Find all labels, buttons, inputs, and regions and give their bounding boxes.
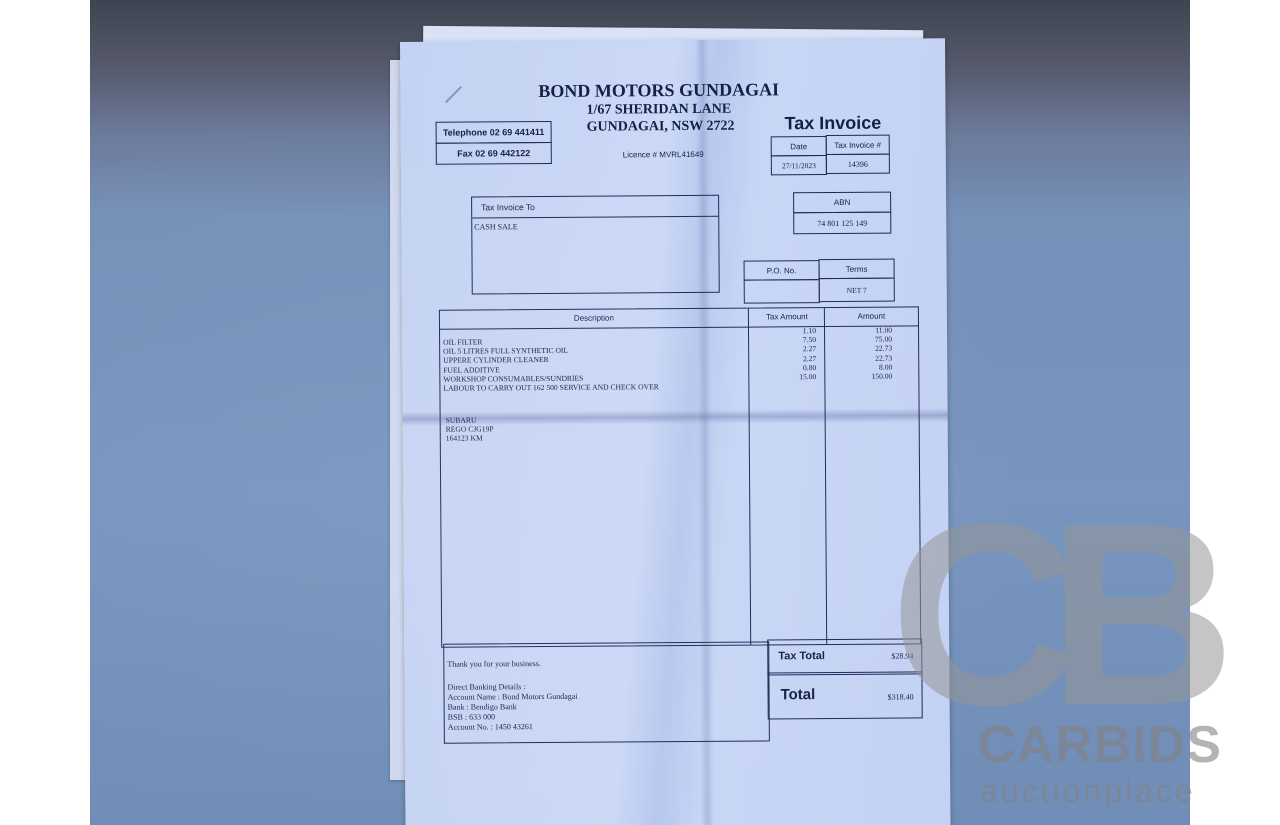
invoice-no-label-cell: Tax Invoice # [826,135,890,155]
thank-you-note: Thank you for your business. [447,659,541,669]
date-label-cell: Date [771,136,827,156]
total-row: Total $318.40 [767,671,922,719]
tax-invoice-document: BOND MOTORS GUNDAGAI 1/67 SHERIDAN LANE … [400,38,951,825]
line-item-description: LABOUR TO CARRY OUT 162 500 SERVICE AND … [443,382,743,393]
date-label: Date [790,142,807,151]
column-header-description: Description [440,309,748,330]
line-item-description: OIL FILTER [443,336,743,347]
vehicle-notes: SUBARUREGO CJG19P164123 KM [446,414,646,443]
amount-column: 11.0075.0022.7322.738.00150.00 [826,326,892,382]
total-label: Total [781,686,816,703]
tax-total-value: $28.94 [891,651,913,660]
tax-amount-column: 1.107.502.272.270.8015.00 [750,326,816,382]
line-item-description: UPPERE CYLINDER CLEANER [443,354,743,365]
licence-number: Licence # MVRL41649 [623,150,704,160]
terms-label: Terms [846,264,868,273]
tax-total-label: Tax Total [778,650,825,662]
company-address-line2: GUNDAGAI, NSW 2722 [587,119,735,136]
line-item-tax: 1.10 [750,326,816,336]
po-label: P.O. No. [767,266,797,275]
paper-stack-edge [390,60,430,780]
column-divider [748,327,751,645]
abn-value-cell: 74 801 125 149 [793,212,891,235]
column-header-tax-amount: Tax Amount [748,308,825,328]
bill-to-label: Tax Invoice To [472,196,718,219]
paper-fold-vertical [695,40,715,825]
line-item-tax: 15.00 [750,372,816,382]
abn-value: 74 801 125 149 [817,218,867,227]
line-item-description: WORKSHOP CONSUMABLES/SUNDRIES [443,372,743,383]
banking-line: Account No. : 1450 43261 [448,722,578,733]
line-item-amount: 8.00 [826,362,892,372]
company-address-line1: 1/67 SHERIDAN LANE [586,102,731,119]
vehicle-note: 164123 KM [446,433,646,444]
staple-mark [445,86,462,103]
line-item-amount: 11.00 [826,326,892,336]
company-name: BOND MOTORS GUNDAGAI [538,79,779,102]
line-item-description: OIL 5 LITRES FULL SYNTHETIC OIL [443,345,743,356]
line-item-amount: 22.73 [826,344,892,354]
vehicle-note: REGO CJG19P [446,423,646,434]
paper-fold-horizontal [403,408,948,426]
document-title: Tax Invoice [785,113,882,135]
line-item-tax: 7.50 [750,335,816,345]
invoice-no-value-cell: 14396 [826,154,890,174]
banking-details: Direct Banking Details :Account Name : B… [447,682,577,733]
line-item-tax: 2.27 [750,345,816,355]
po-label-cell: P.O. No. [744,260,820,281]
description-column: OIL FILTEROIL 5 LITRES FULL SYNTHETIC OI… [443,336,743,393]
total-value: $318.40 [888,692,914,701]
tax-total-row: Tax Total $28.94 [767,638,922,675]
date-value: 27/11/2023 [782,161,816,170]
line-item-amount: 150.00 [826,372,892,382]
bill-to-box: Tax Invoice To CASH SALE [471,195,720,295]
line-items-table: Description Tax Amount Amount OIL FILTER… [439,306,921,647]
invoice-no-value: 14396 [848,159,868,168]
telephone-box: Telephone 02 69 441411 [436,121,552,144]
line-item-tax: 2.27 [750,354,816,364]
po-value-cell [744,279,820,304]
terms-value-cell: NET 7 [819,278,895,303]
line-item-tax: 0.80 [750,363,816,373]
vehicle-note: SUBARU [446,414,646,425]
paper-stack-underneath [417,26,923,770]
telephone-text: Telephone 02 69 441411 [443,127,544,138]
invoice-no-label: Tax Invoice # [834,140,881,149]
column-divider [824,326,827,644]
fax-box: Fax 02 69 442122 [436,142,552,165]
bill-to-value: CASH SALE [472,217,718,236]
line-item-amount: 75.00 [826,335,892,345]
line-item-description: FUEL ADDITIVE [443,363,743,374]
footer-notes-box: Thank you for your business. Direct Bank… [443,641,770,743]
photo-background: BOND MOTORS GUNDAGAI 1/67 SHERIDAN LANE … [90,0,1190,825]
line-item-amount: 22.73 [826,353,892,363]
terms-label-cell: Terms [819,259,895,280]
date-value-cell: 27/11/2023 [771,155,827,175]
column-header-amount: Amount [824,307,918,327]
abn-label-cell: ABN [793,192,891,214]
abn-label: ABN [834,198,851,207]
banking-line: Account Name : Bond Motors Gundagai [448,692,578,703]
banking-line: Bank : Bendigo Bank [448,702,578,713]
fax-text: Fax 02 69 442122 [457,148,530,159]
banking-line: Direct Banking Details : [447,682,577,693]
banking-line: BSB : 633 000 [448,712,578,723]
terms-value: NET 7 [847,285,867,294]
